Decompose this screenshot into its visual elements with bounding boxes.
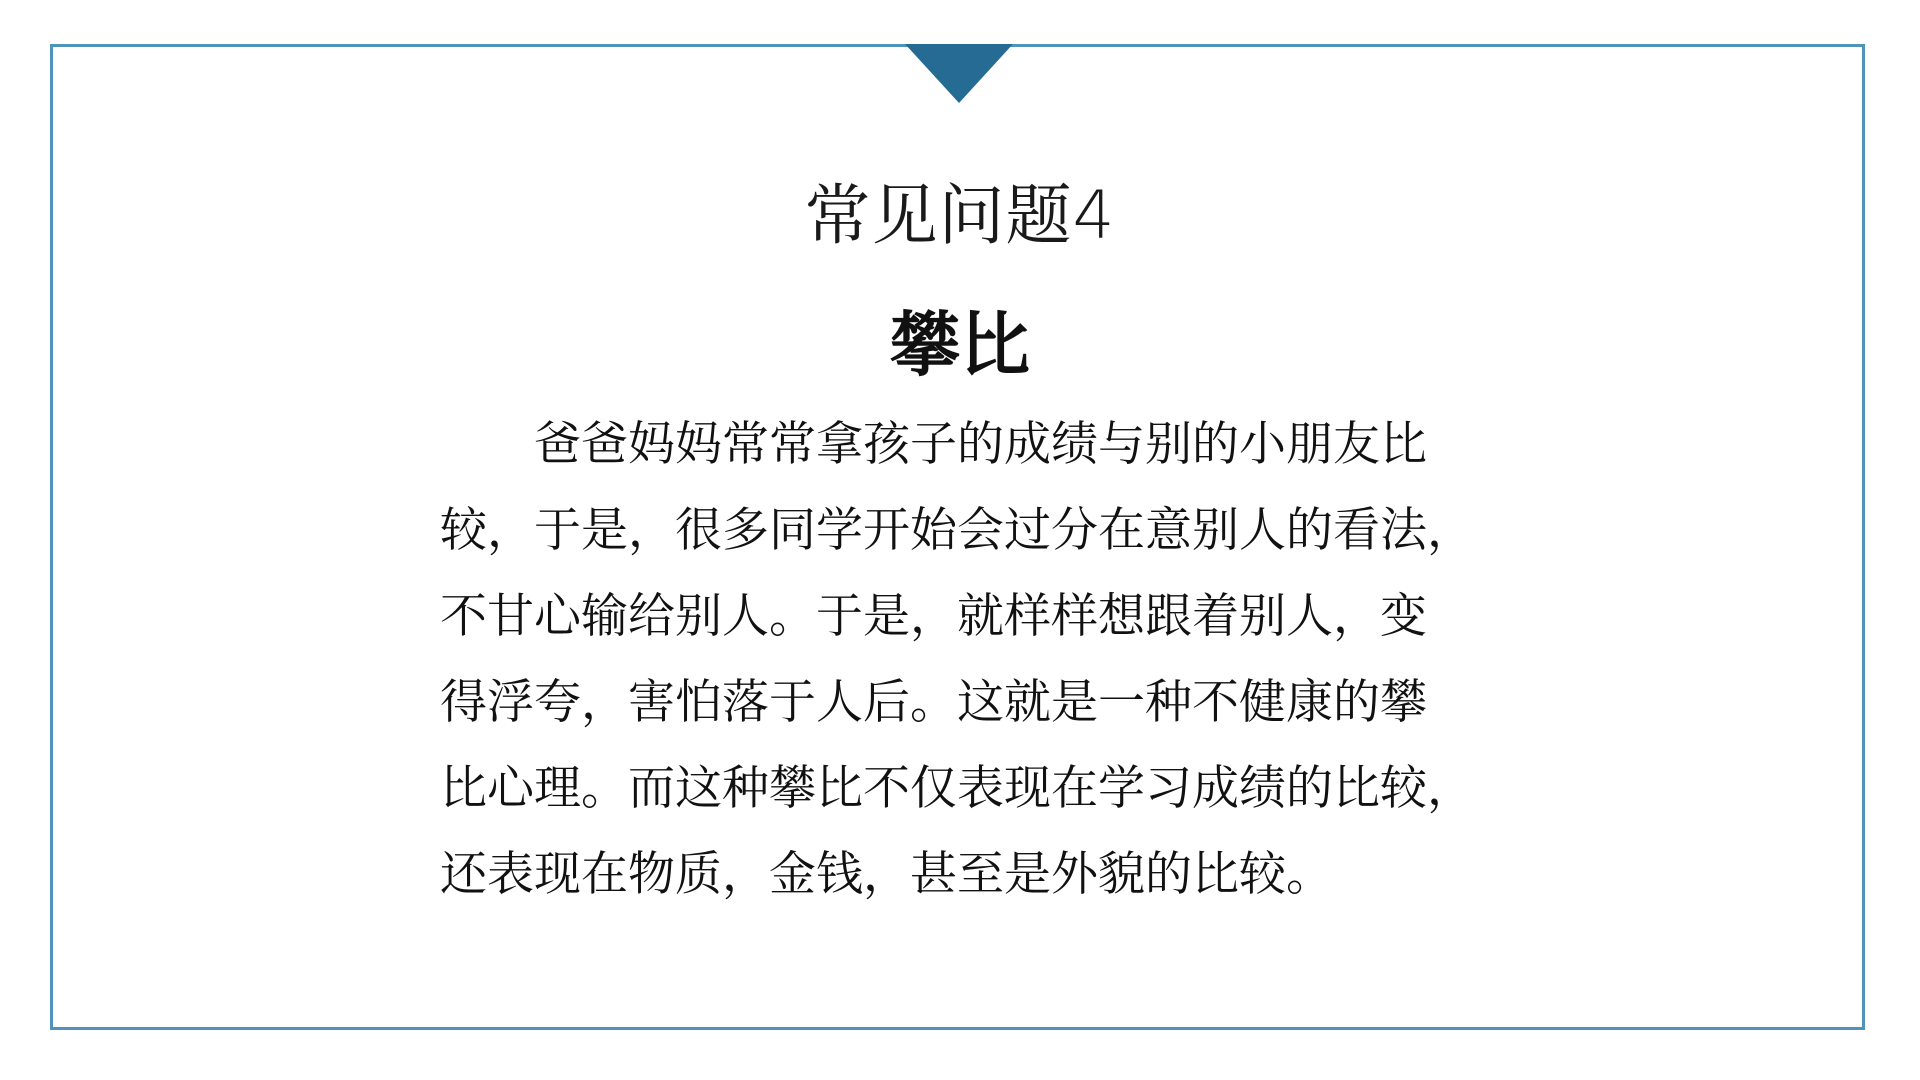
paragraph-line: 比心理。而这种攀比不仅表现在学习成绩的比较， [440,746,1540,832]
paragraph-line: 不甘心输给别人。于是，就样样想跟着别人，变 [440,574,1540,660]
paragraph-line: 爸爸妈妈常常拿孩子的成绩与别的小朋友比 [440,402,1540,488]
paragraph-line: 还表现在物质，金钱，甚至是外貌的比较。 [440,832,1540,918]
slide-heading: 攀比 [0,310,1920,380]
triangle-down-icon [905,44,1013,103]
body-paragraph: 爸爸妈妈常常拿孩子的成绩与别的小朋友比 较，于是，很多同学开始会过分在意别人的看… [440,402,1540,918]
slide: 常见问题4 攀比 爸爸妈妈常常拿孩子的成绩与别的小朋友比 较，于是，很多同学开始… [0,0,1920,1080]
paragraph-line: 较，于是，很多同学开始会过分在意别人的看法， [440,488,1540,574]
paragraph-line: 得浮夸，害怕落于人后。这就是一种不健康的攀 [440,660,1540,746]
slide-title: 常见问题4 [0,183,1920,249]
